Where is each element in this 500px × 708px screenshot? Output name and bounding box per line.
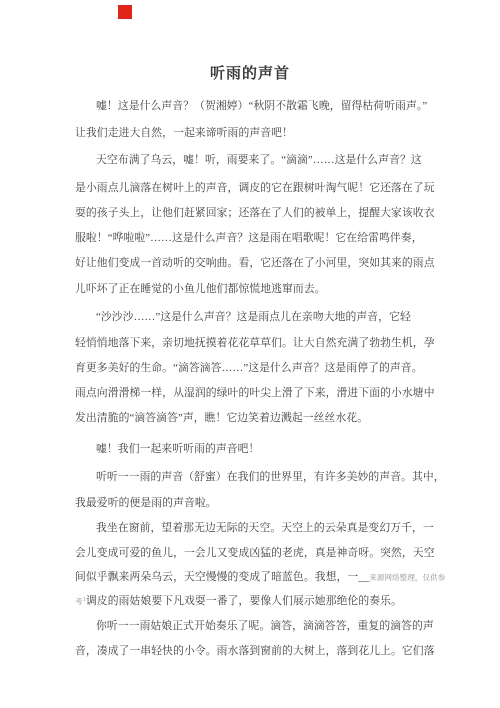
body-text-segment: 音，凑成了一串轻快的小令。雨水落到窗前的大树上，落到花儿上。它们落 <box>75 645 435 657</box>
body-text-segment: 育更多美好的生命。“滴答滴答……”这是什么声音？这是雨停了的声音。 <box>75 362 423 374</box>
body-text-segment: 我最爱听的便是雨的声音啦。 <box>75 497 217 509</box>
document-title: 听雨的声首 <box>0 62 500 83</box>
text-line: 好让他们变成一首动听的交响曲。看，它还落在了小河里，突如其来的雨点 <box>75 256 435 270</box>
body-text-segment: 儿吓坏了正在睡觉的小鱼儿他们都惊慌地逃窜而去。 <box>75 283 326 295</box>
body-text-segment: 天空布满了乌云，嘘！听，雨要来了。“滴滴”……这是什么声音？这 <box>96 154 422 166</box>
source-watermark-text: 来源网络整理，仅供参 <box>369 573 445 582</box>
body-text-segment: 发出清脆的“滴答滴答”声，瞧！它边笑着边溅起一丝丝水花。 <box>75 412 368 424</box>
body-text-segment: 嘘！这是什么声音？（贺湘婷）“秋阴不散霜飞晚，留得枯荷听雨声。” <box>96 100 427 112</box>
text-line: 天空布满了乌云，嘘！听，雨要来了。“滴滴”……这是什么声音？这 <box>75 153 456 167</box>
body-text-segment: 间似乎飘来两朵乌云，天空慢慢的变成了暗蓝色。我想，一__ <box>75 571 369 583</box>
body-text-segment: 你听一一雨姑娘正式开始奏乐了呢。滴答，滴滴答答，重复的滴答的声 <box>96 620 434 632</box>
red-marker <box>118 5 132 19</box>
text-line: 轻悄悄地落下来，亲切地抚摸着花花草草们。让大自然充满了勃勃生机，孕 <box>75 336 435 350</box>
text-line: 我最爱听的便是雨的声音啦。 <box>75 496 435 510</box>
body-text-segment: “沙沙沙……”这是什么声音？这是雨点儿在亲吻大地的声音，它轻 <box>96 311 411 323</box>
text-line: 听听一一雨的声音（舒蜜）在我们的世界里，有许多美妙的声音。其中， <box>75 470 456 484</box>
footnote-superscript: 1 <box>83 596 86 603</box>
text-line: 我坐在窗前，望着那无边无际的天空。天空上的云朵真是变幻万千，一 <box>75 521 456 535</box>
body-text-segment: 耍的孩子头上，让他们赶紧回家；还落在了人们的被单上，提醒大家该收衣 <box>75 207 435 219</box>
text-line: 儿吓坏了正在睡觉的小鱼儿他们都惊慌地逃窜而去。 <box>75 282 435 296</box>
body-text-segment: 调皮的雨姑娘要下凡戏耍一番了，要像人们展示她那绝伦的奏乐。 <box>86 595 402 607</box>
body-text-segment: 让我们走进大自然，一起来谛听雨的声音吧！ <box>75 127 293 139</box>
body-text-segment: 会儿变成可爱的鱼儿，一会儿又变成凶猛的老虎，真是神奇呀。突然，天空 <box>75 547 435 559</box>
text-line: 发出清脆的“滴答滴答”声，瞧！它边笑着边溅起一丝丝水花。 <box>75 411 435 425</box>
text-line: 嘘！我们一起来听听雨的声音吧！ <box>75 442 456 456</box>
text-line: 你听一一雨姑娘正式开始奏乐了呢。滴答，滴滴答答，重复的滴答的声 <box>75 619 456 633</box>
source-watermark-text: 考 <box>75 597 83 606</box>
body-text-segment: 服啦！“哗啦啦”……这是什么声音？这是雨在唱歌呢！它在给雷鸣伴奏， <box>75 232 423 244</box>
document-page: 听雨的声首 嘘！这是什么声音？（贺湘婷）“秋阴不散霜飞晚，留得枯荷听雨声。”让我… <box>0 0 500 708</box>
text-line: 让我们走进大自然，一起来谛听雨的声音吧！ <box>75 126 435 140</box>
body-text-segment: 我坐在窗前，望着那无边无际的天空。天空上的云朵真是变幻万千，一 <box>96 522 434 534</box>
text-line: 音，凑成了一串轻快的小令。雨水落到窗前的大树上，落到花儿上。它们落 <box>75 644 435 658</box>
text-line: 会儿变成可爱的鱼儿，一会儿又变成凶猛的老虎，真是神奇呀。突然，天空 <box>75 546 435 560</box>
text-line: 嘘！这是什么声音？（贺湘婷）“秋阴不散霜飞晚，留得枯荷听雨声。” <box>75 99 456 113</box>
text-line: 服啦！“哗啦啦”……这是什么声音？这是雨在唱歌呢！它在给雷鸣伴奏， <box>75 231 435 245</box>
text-line: 育更多美好的生命。“滴答滴答……”这是什么声音？这是雨停了的声音。 <box>75 361 435 375</box>
body-text-segment: 雨点向滑滑梯一样，从湿润的绿叶的叶尖上滑了下来，滑进下面的小水塘中 <box>75 387 435 399</box>
body-text-segment: 听听一一雨的声音（舒蜜）在我们的世界里，有许多美妙的声音。其中， <box>96 471 445 483</box>
text-line: 耍的孩子头上，让他们赶紧回家；还落在了人们的被单上，提醒大家该收衣 <box>75 206 435 220</box>
text-line: “沙沙沙……”这是什么声音？这是雨点儿在亲吻大地的声音，它轻 <box>75 310 456 324</box>
body-text-segment: 好让他们变成一首动听的交响曲。看，它还落在了小河里，突如其来的雨点 <box>75 257 435 269</box>
text-line: 考1调皮的雨姑娘要下凡戏耍一番了，要像人们展示她那绝伦的奏乐。 <box>75 594 435 610</box>
body-text-segment: 轻悄悄地落下来，亲切地抚摸着花花草草们。让大自然充满了勃勃生机，孕 <box>75 337 435 349</box>
text-line: 是小雨点儿滴落在树叶上的声音，调皮的它在跟树叶淘气呢！它还落在了玩 <box>75 181 435 195</box>
text-line: 间似乎飘来两朵乌云，天空慢慢的变成了暗蓝色。我想，一__来源网络整理，仅供参 <box>75 570 435 585</box>
body-text-segment: 是小雨点儿滴落在树叶上的声音，调皮的它在跟树叶淘气呢！它还落在了玩 <box>75 182 435 194</box>
body-text-segment: 嘘！我们一起来听听雨的声音吧！ <box>96 443 259 455</box>
text-line: 雨点向滑滑梯一样，从湿润的绿叶的叶尖上滑了下来，滑进下面的小水塘中 <box>75 386 435 400</box>
